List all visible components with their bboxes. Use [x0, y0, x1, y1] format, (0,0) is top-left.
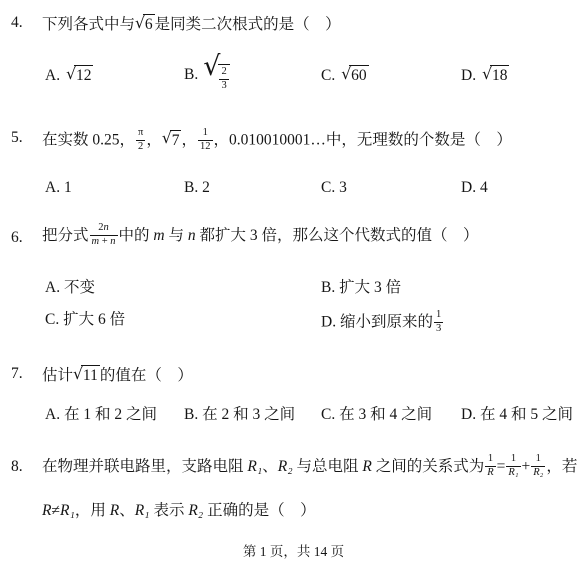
question-6: 6. 把分式2nm + n中的 m 与 n 都扩大 3 倍，那么这个代数式的值（…: [0, 221, 587, 251]
option-a: A. 1: [45, 177, 72, 199]
stem-text: 的值在（ ）: [100, 367, 193, 384]
sqrt-expression: √60: [341, 64, 368, 87]
sqrt-expression: √7: [162, 128, 182, 153]
option-label: D.: [461, 67, 476, 84]
variable: n: [110, 236, 115, 247]
variable: R: [110, 502, 119, 519]
question-stem: 下列各式中与√6是同类二次根式的是（ ）: [42, 12, 587, 37]
option-b: B.√23: [184, 64, 230, 95]
numerator: 1: [434, 309, 443, 322]
stem-text: 把分式: [42, 227, 89, 244]
stem-text: 表示: [150, 502, 189, 519]
variable: R₂: [278, 458, 293, 475]
variable: m: [153, 227, 164, 244]
radical-sign-icon: √: [341, 63, 351, 85]
question-stem-line-1: 在物理并联电路里，支路电阻 R₁、R₂ 与总电阻 R 之间的关系式为1R=1R₁…: [42, 452, 587, 482]
stem-text: 都扩大 3 倍，那么这个代数式的值（ ）: [196, 227, 479, 244]
fraction: π2: [136, 127, 145, 153]
question-5: 5. 在实数 0.25，π2，√7，112，0.010010001…中，无理数的…: [0, 127, 587, 153]
question-number: 5.: [11, 129, 23, 147]
option-c: C. 在 3 和 4 之间: [321, 404, 432, 426]
variable: R: [362, 458, 371, 475]
radical-sign-icon: √: [203, 53, 220, 80]
variable: n: [188, 227, 196, 244]
question-8: 8. 在物理并联电路里，支路电阻 R₁、R₂ 与总电阻 R 之间的关系式为1R=…: [0, 452, 587, 524]
option-b: B. 在 2 和 3 之间: [184, 404, 295, 426]
stem-text: 与: [165, 227, 188, 244]
stem-text: ，: [181, 132, 197, 149]
numerator: 1: [506, 453, 520, 466]
radicand: 60: [349, 65, 369, 85]
plus-sign: +: [522, 458, 531, 475]
option-label: B.: [184, 66, 198, 83]
variable: R₁: [135, 502, 150, 519]
fraction: 1R: [485, 453, 495, 479]
numerator: 1: [485, 453, 495, 466]
question-stem: 在实数 0.25，π2，√7，112，0.010010001…中，无理数的个数是…: [42, 127, 587, 153]
option-d: D.√18: [461, 64, 509, 87]
sqrt-expression: √18: [482, 64, 509, 87]
option-c: C. 3: [321, 177, 347, 199]
stem-text: ，若: [546, 458, 577, 475]
exam-page: 4. 下列各式中与√6是同类二次根式的是（ ） A.√12 B.√23 C.√6…: [0, 0, 587, 576]
variable: R₁: [247, 458, 262, 475]
fraction: 23: [219, 66, 228, 92]
denominator: 3: [434, 322, 443, 336]
radicand: 18: [490, 65, 510, 85]
option-c: C.√60: [321, 64, 369, 87]
denominator: R: [485, 466, 495, 480]
numerator: 2n: [90, 222, 118, 235]
fraction: 1R₁: [506, 453, 520, 479]
stem-text: 估计: [42, 367, 73, 384]
denominator: 2: [136, 140, 145, 154]
stem-text: 是同类二次根式的是（ ）: [155, 16, 341, 33]
stem-text: ，用: [75, 502, 110, 519]
stem-text: 在物理并联电路里，支路电阻: [42, 458, 247, 475]
radical-sign-icon: √: [66, 63, 76, 85]
radicand: 12: [74, 65, 94, 85]
option-d: D. 在 4 和 5 之间: [461, 404, 573, 426]
option-label: A.: [45, 67, 60, 84]
radical-sign-icon: √: [73, 362, 83, 386]
equals-sign: =: [497, 458, 506, 475]
denominator: m + n: [90, 235, 118, 249]
fraction: 2nm + n: [90, 222, 118, 248]
denominator: R₁: [506, 466, 520, 480]
page-footer: 第 1 页，共 14 页: [0, 540, 587, 560]
option-a: A. 在 1 和 2 之间: [45, 404, 157, 426]
option-d: D. 4: [461, 177, 488, 199]
question-4: 4. 下列各式中与√6是同类二次根式的是（ ）: [0, 12, 587, 37]
sqrt-expression: √6: [135, 12, 155, 37]
variable: m: [92, 236, 100, 247]
option-label: C.: [321, 67, 335, 84]
question-7: 7. 估计√11的值在（ ）: [0, 363, 587, 388]
option-b: B. 扩大 3 倍: [321, 277, 401, 299]
stem-text: 与总电阻: [293, 458, 363, 475]
stem-text: ，: [146, 132, 162, 149]
variable: n: [104, 222, 109, 233]
option-c: C. 扩大 6 倍: [45, 309, 125, 331]
stem-text: 、: [262, 458, 278, 475]
variable: R₂: [188, 502, 203, 519]
option-b: B. 2: [184, 177, 210, 199]
stem-text: 下列各式中与: [42, 16, 135, 33]
denominator: 12: [198, 140, 213, 154]
stem-text: 在实数 0.25，: [42, 132, 135, 149]
variable: R₁: [60, 502, 75, 519]
fraction: 1R₂: [531, 453, 545, 479]
stem-text: ，0.010010001…中，无理数的个数是（ ）: [214, 132, 512, 149]
radical-sign-icon: √: [162, 126, 172, 150]
question-number: 4.: [11, 14, 23, 32]
radical-sign-icon: √: [135, 11, 145, 35]
operator: +: [99, 236, 110, 247]
question-stem: 估计√11的值在（ ）: [42, 363, 587, 388]
radical-sign-icon: √: [482, 63, 492, 85]
option-label: D. 缩小到原来的: [321, 314, 433, 331]
fraction: 112: [198, 127, 213, 153]
stem-text: 、: [119, 502, 135, 519]
stem-text: 正确的是（ ）: [203, 502, 315, 519]
denominator: R₂: [531, 466, 545, 480]
question-number: 7.: [11, 365, 23, 383]
numerator: 1: [198, 127, 213, 140]
radicand: 11: [81, 365, 100, 385]
denominator: 3: [219, 79, 228, 93]
question-stem: 把分式2nm + n中的 m 与 n 都扩大 3 倍，那么这个代数式的值（ ）: [42, 221, 587, 251]
numerator: π: [136, 127, 145, 140]
sqrt-fraction-expression: √23: [203, 64, 229, 95]
stem-text: 中的: [119, 227, 154, 244]
numerator: 2: [219, 66, 228, 79]
stem-text: 之间的关系式为: [372, 458, 484, 475]
numerator: 1: [531, 453, 545, 466]
sqrt-expression: √11: [73, 363, 100, 388]
option-a: A. 不变: [45, 277, 95, 299]
question-stem-line-2: R≠R₁，用 R、R₁ 表示 R₂ 正确的是（ ）: [42, 498, 587, 524]
option-a: A.√12: [45, 64, 93, 87]
option-d: D. 缩小到原来的13: [321, 309, 444, 335]
question-number: 6.: [11, 229, 23, 247]
question-number: 8.: [11, 458, 23, 476]
sqrt-expression: √12: [66, 64, 93, 87]
fraction: 13: [434, 309, 443, 335]
not-equal-sign: ≠: [51, 502, 60, 519]
